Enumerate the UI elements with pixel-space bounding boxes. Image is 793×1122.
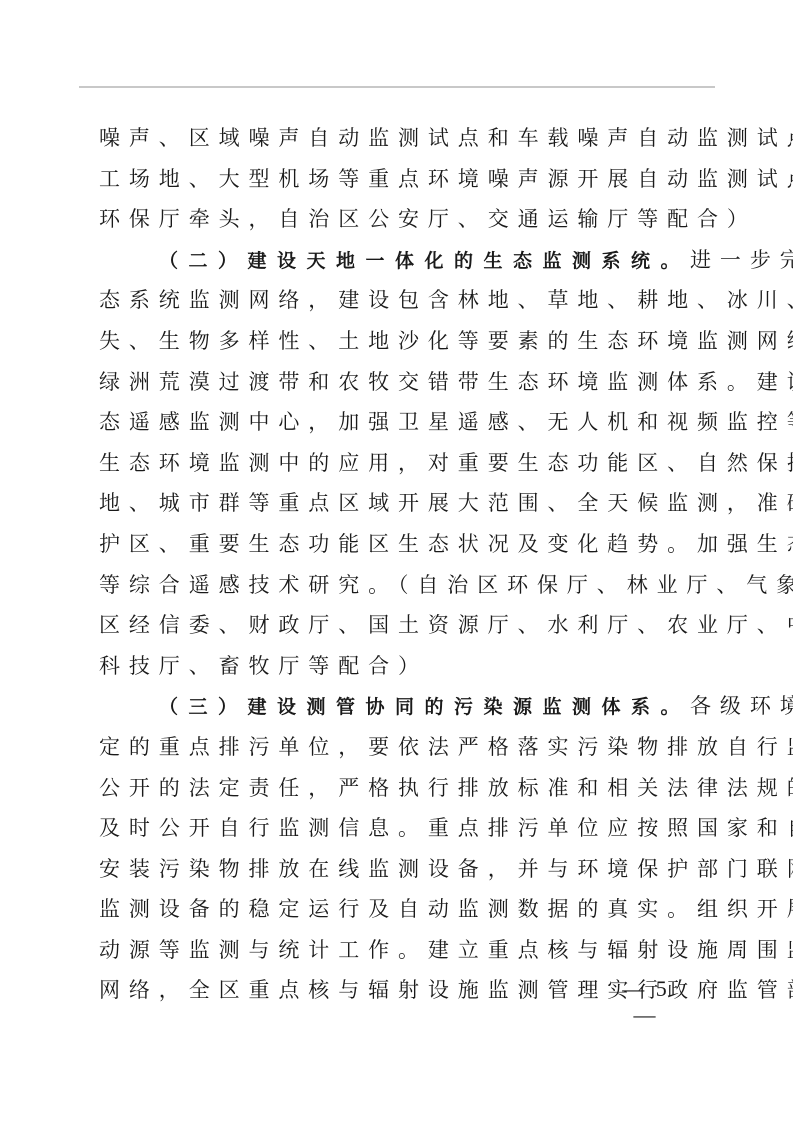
- text-run: 各级环境保护部门确: [690, 694, 793, 718]
- text-line: 监测设备的稳定运行及自动监测数据的真实。组织开展面源、移: [99, 889, 701, 930]
- section-heading-2: （二）建设天地一体化的生态监测系统。: [159, 250, 690, 272]
- page-number: — 5 —: [606, 976, 686, 1028]
- section-heading-line-3: （三）建设测管协同的污染源监测体系。各级环境保护部门确: [99, 686, 701, 727]
- text-line: 科技厅、畜牧厅等配合）: [99, 646, 701, 687]
- text-line: 公开的法定责任，严格执行排放标准和相关法律法规的监测要求，: [99, 768, 701, 809]
- text-line: 环保厅牵头，自治区公安厅、交通运输厅等配合）: [99, 199, 701, 240]
- text-line: 生态环境监测中的应用，对重要生态功能区、自然保护区、湖泊、湿: [99, 443, 701, 484]
- text-line: 等综合遥感技术研究。（自治区环保厅、林业厅、气象局牵头，自治: [99, 565, 701, 606]
- text-line: 及时公开自行监测信息。重点排污单位应按照国家和自治区要求: [99, 808, 701, 849]
- text-line: 定的重点排污单位，要依法严格落实污染物排放自行监测及信息: [99, 727, 701, 768]
- text-line: 噪声、区域噪声自动监测试点和车载噪声自动监测试点，对建筑施: [99, 118, 701, 159]
- text-line: 绿洲荒漠过渡带和农牧交错带生态环境监测体系。建设自治区生: [99, 362, 701, 403]
- document-body: 噪声、区域噪声自动监测试点和车载噪声自动监测试点，对建筑施 工场地、大型机场等重…: [99, 118, 701, 1011]
- section-heading-3: （三）建设测管协同的污染源监测体系。: [159, 696, 690, 718]
- text-line: 护区、重要生态功能区生态状况及变化趋势。加强生态、水、大气: [99, 524, 701, 565]
- text-line: 安装污染物排放在线监测设备，并与环境保护部门联网，确保自动: [99, 849, 701, 890]
- text-line: 工场地、大型机场等重点环境噪声源开展自动监测试点。（自治区: [99, 159, 701, 200]
- text-line: 动源等监测与统计工作。建立重点核与辐射设施周围监督性监测: [99, 930, 701, 971]
- text-line: 态遥感监测中心，加强卫星遥感、无人机和视频监控等技术在区域: [99, 402, 701, 443]
- text-line: 地、城市群等重点区域开展大范围、全天候监测，准确掌握自然保: [99, 483, 701, 524]
- text-line: 态系统监测网络，建设包含林地、草地、耕地、冰川、水资源、水土流: [99, 280, 701, 321]
- header-rule: [79, 86, 715, 88]
- text-line: 区经信委、财政厅、国土资源厅、水利厅、农业厅、中科院新疆分院、: [99, 605, 701, 646]
- text-line: 失、生物多样性、土地沙化等要素的生态环境监测网络。逐步建立: [99, 321, 701, 362]
- section-heading-line-2: （二）建设天地一体化的生态监测系统。进一步完善自治区生: [99, 240, 701, 281]
- text-run: 进一步完善自治区生: [690, 248, 793, 272]
